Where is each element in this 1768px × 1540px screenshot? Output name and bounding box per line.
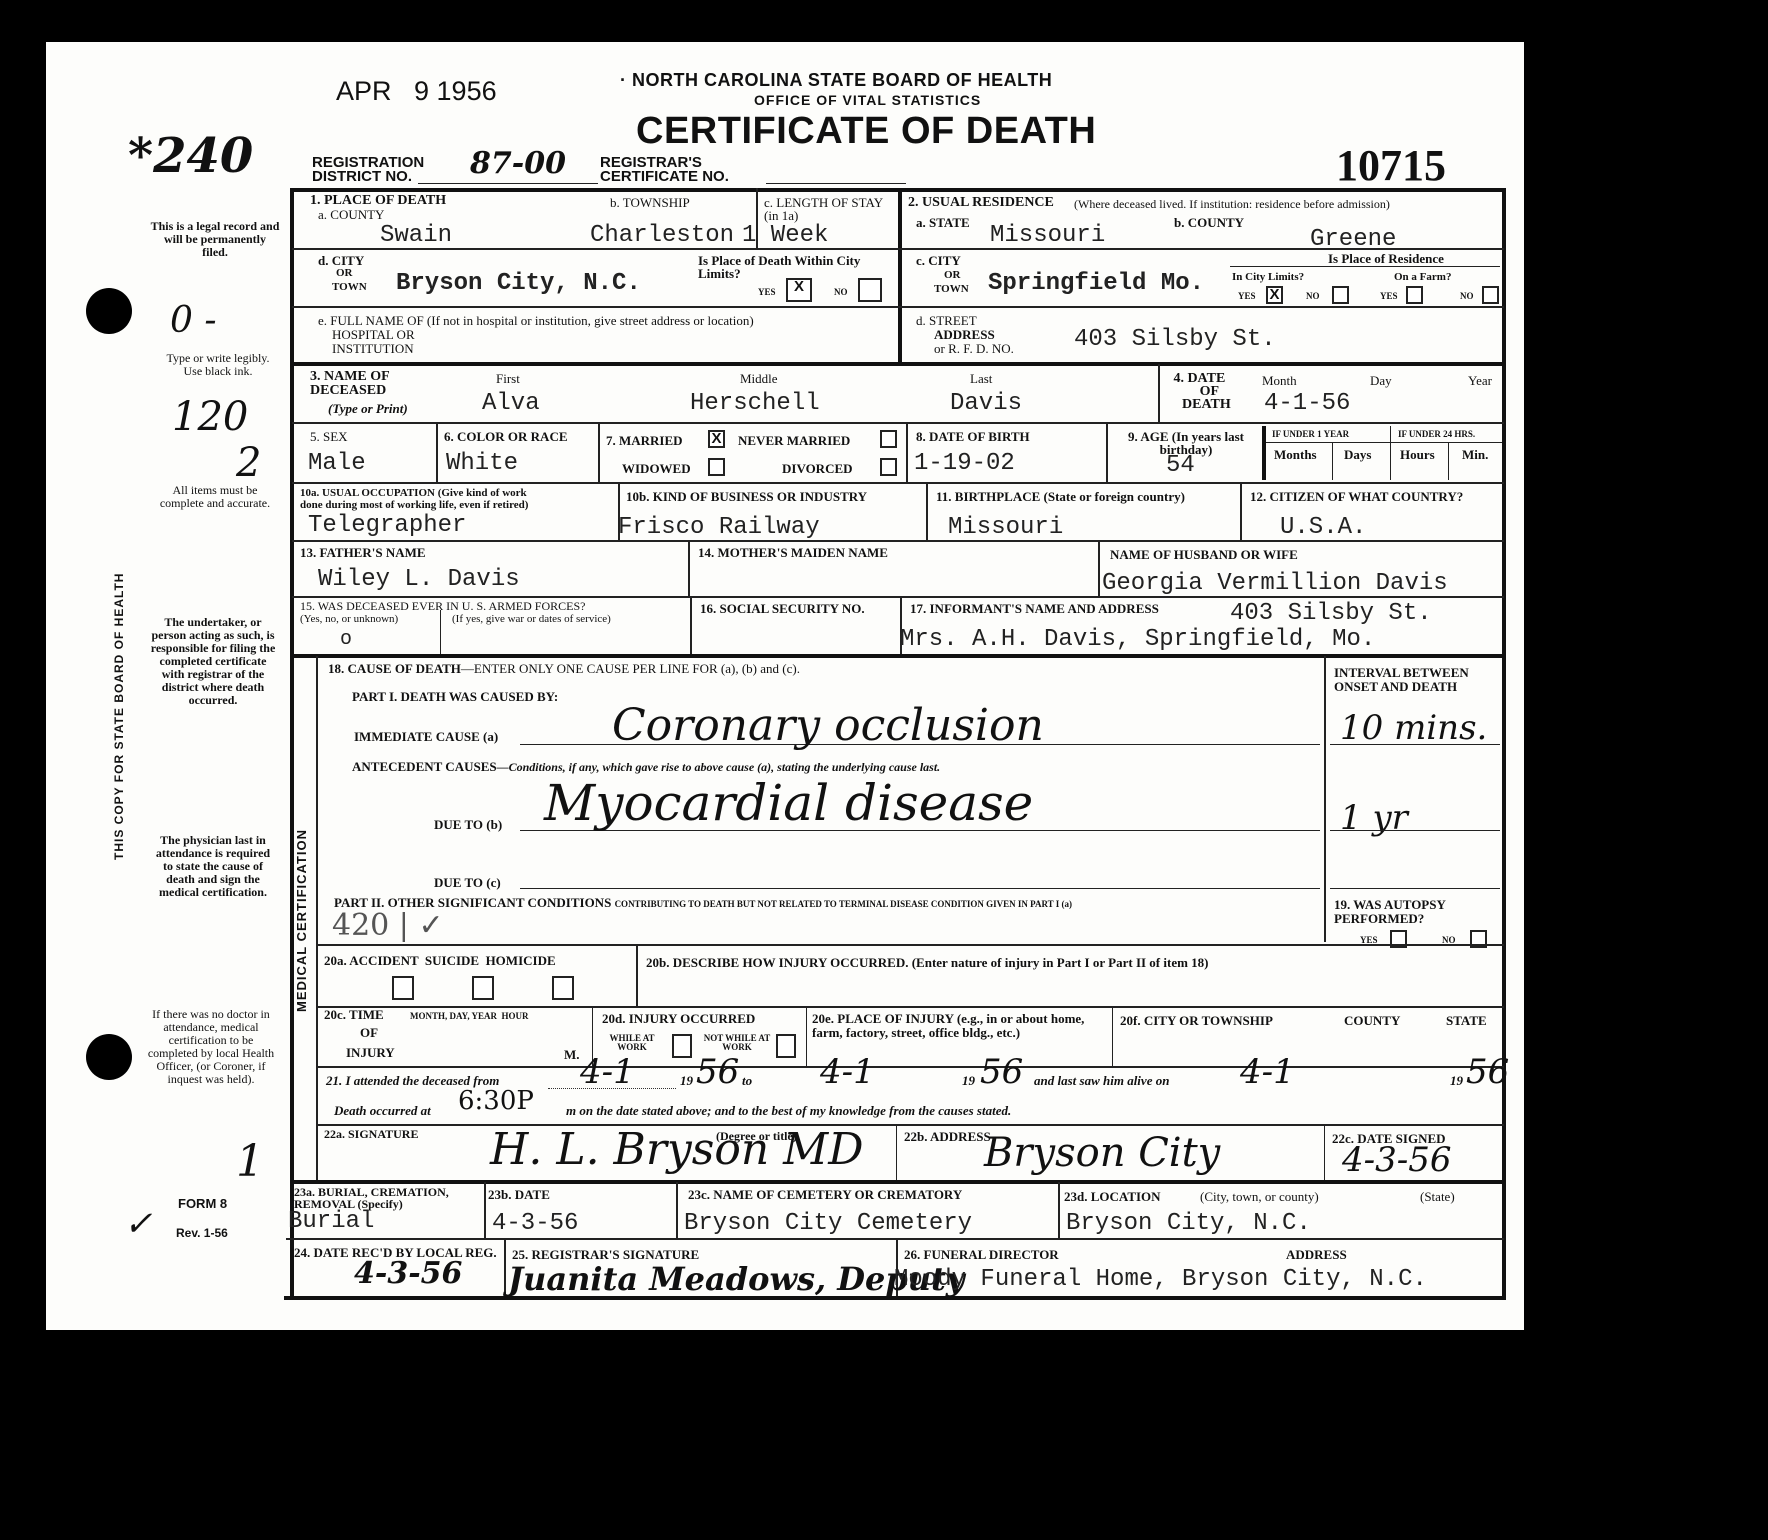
- burial-divider: [484, 1182, 486, 1238]
- first-name-value: Alva: [482, 390, 540, 417]
- registrar-certificate-label: REGISTRAR'S CERTIFICATE NO.: [600, 156, 729, 184]
- row-5-line: [292, 540, 1504, 542]
- name-of-deceased-label: 3. NAME OF DECEASED: [310, 370, 390, 398]
- sex-value: Male: [308, 450, 366, 477]
- burial-location-note: (City, town, or county): [1200, 1190, 1319, 1203]
- antecedent-label-text: ANTECEDENT CAUSES: [352, 759, 497, 774]
- office-name: OFFICE OF VITAL STATISTICS: [754, 92, 981, 108]
- time-of-injury-label-3: INJURY: [346, 1046, 395, 1059]
- attended-to-value: 4-1: [820, 1052, 875, 1092]
- birthplace-divider: [1240, 482, 1242, 540]
- medical-certification-label: MEDICAL CERTIFICATION: [294, 829, 309, 1012]
- cause-of-death-label: 18. CAUSE OF DEATH—ENTER ONLY ONE CAUSE …: [328, 662, 800, 675]
- residence-state-label: a. STATE: [916, 216, 970, 229]
- accident-checkbox[interactable]: [392, 976, 414, 1000]
- row-20a-bottom-line: [316, 1006, 1504, 1008]
- within-limits-yes-checkbox[interactable]: X: [786, 278, 812, 302]
- street-label-3: or R. F. D. NO.: [934, 342, 1014, 355]
- under-age-line: [1266, 442, 1502, 443]
- cemetery-value: Bryson City Cemetery: [684, 1210, 972, 1237]
- row-3-line: [292, 422, 1504, 424]
- street-value: 403 Silsby St.: [1074, 326, 1276, 353]
- mother-label: 14. MOTHER'S MAIDEN NAME: [698, 546, 888, 559]
- form-revision: Rev. 1-56: [176, 1226, 228, 1240]
- middle-name-value: Herschell: [690, 390, 820, 417]
- due-to-b-value: Myocardial disease: [544, 774, 1033, 832]
- due-to-c-label: DUE TO (c): [434, 876, 501, 889]
- days-hours-divider: [1390, 426, 1391, 480]
- burial-state-label: (State): [1420, 1190, 1455, 1203]
- injury-county-label: COUNTY: [1344, 1014, 1400, 1027]
- while-at-work-checkbox[interactable]: [672, 1034, 692, 1058]
- form-left-border: [290, 188, 294, 1298]
- injury-city-township-label: 20f. CITY OR TOWNSHIP: [1120, 1014, 1273, 1027]
- accident-divider: [636, 944, 638, 1006]
- occupation-label-2: done during most of working life, even i…: [300, 500, 528, 511]
- physician-signature: H. L. Bryson MD: [490, 1124, 863, 1175]
- burial-date-label: 23b. DATE: [488, 1188, 550, 1201]
- funeral-address-label: ADDRESS: [1286, 1248, 1347, 1261]
- city-label-1: d. CITY: [318, 254, 364, 267]
- business-label: 10b. KIND OF BUSINESS OR INDUSTRY: [626, 490, 867, 503]
- spouse-value: Georgia Vermillion Davis: [1102, 570, 1448, 597]
- last-saw-value: 4-1: [1240, 1052, 1295, 1092]
- homicide-checkbox[interactable]: [552, 976, 574, 1000]
- marital-divider: [906, 422, 908, 482]
- cause-label-text: 18. CAUSE OF DEATH: [328, 661, 461, 676]
- burial-row-line: [286, 1238, 1504, 1240]
- burial-location-value: Bryson City, N.C.: [1066, 1210, 1311, 1237]
- sex-divider: [436, 422, 438, 482]
- occupation-label-1: 10a. USUAL OCCUPATION (Give kind of work: [300, 488, 527, 499]
- interval-label: INTERVAL BETWEEN ONSET AND DEATH: [1334, 666, 1504, 694]
- sex-label: 5. SEX: [310, 430, 348, 443]
- date-of-birth-label: 8. DATE OF BIRTH: [916, 430, 1030, 443]
- dob-divider: [1106, 422, 1108, 482]
- attended-from-year-prefix: 19: [680, 1074, 693, 1087]
- immediate-cause-value: Coronary occlusion: [612, 700, 1044, 751]
- death-time-value: 6:30P: [458, 1086, 534, 1116]
- certificate-number: 10715: [1336, 140, 1446, 191]
- type-or-print-label: (Type or Print): [328, 402, 408, 415]
- due-to-b-interval-value: 1 yr: [1340, 798, 1408, 838]
- armed-divider: [440, 610, 441, 656]
- hospital-label-2: HOSPITAL OR: [332, 328, 415, 341]
- section-3-top: [292, 362, 1504, 366]
- months-days-divider: [1332, 442, 1333, 480]
- suicide-checkbox[interactable]: [472, 976, 494, 1000]
- never-married-label: NEVER MARRIED: [738, 434, 850, 447]
- name-label-line-1: 3. NAME OF: [310, 370, 390, 384]
- father-value: Wiley L. Davis: [318, 566, 520, 593]
- occupation-value: Telegrapher: [308, 512, 466, 539]
- injury-state-label: STATE: [1446, 1014, 1487, 1027]
- sidebar-hand-mark-4: 1: [236, 1136, 264, 1187]
- part-2-note-text: CONTRIBUTING TO DEATH BUT NOT RELATED TO…: [615, 899, 1072, 909]
- date-of-death-label: 4. DATE OF DEATH: [1168, 372, 1231, 411]
- funeral-director-value: Moody Funeral Home, Bryson City, N.C.: [894, 1266, 1427, 1293]
- first-name-label: First: [496, 372, 520, 385]
- father-label: 13. FATHER'S NAME: [300, 546, 426, 559]
- age-value: 54: [1166, 452, 1195, 479]
- type-legibly-note: Type or write legibly. Use black ink.: [158, 352, 278, 378]
- under-1-year-label: IF UNDER 1 YEAR: [1272, 430, 1349, 439]
- date-of-birth-value: 1-19-02: [914, 450, 1015, 477]
- usual-residence-label: 2. USUAL RESIDENCE: [908, 196, 1054, 209]
- immediate-interval-line: [1330, 744, 1500, 745]
- farm-yes-label: YES: [1380, 292, 1398, 301]
- in-city-yes-checkbox[interactable]: X: [1266, 286, 1283, 304]
- time-columns-label: MONTH, DAY, YEAR HOUR: [410, 1012, 529, 1021]
- physician-address-value: Bryson City: [984, 1130, 1220, 1176]
- physician-address-label: 22b. ADDRESS: [904, 1130, 991, 1143]
- time-m-label: M.: [564, 1048, 580, 1061]
- registrar-label-line-2: CERTIFICATE NO.: [600, 170, 729, 184]
- medical-inner-border: [316, 656, 318, 1180]
- last-name-label: Last: [970, 372, 992, 385]
- married-label: 7. MARRIED: [606, 434, 683, 447]
- due-to-c-interval-line: [1330, 888, 1500, 889]
- middle-name-label: Middle: [740, 372, 778, 385]
- hospital-label-1: e. FULL NAME OF (If not in hospital or i…: [318, 314, 754, 327]
- attended-from-value: 4-1: [580, 1052, 635, 1092]
- citizen-label: 12. CITIZEN OF WHAT COUNTRY?: [1250, 490, 1463, 503]
- while-at-work-label: WHILE AT WORK: [600, 1034, 664, 1052]
- day-label: Day: [1370, 374, 1392, 387]
- county-label: a. COUNTY: [318, 208, 384, 221]
- in-city-no-label: NO: [1306, 292, 1320, 301]
- funeral-director-label: 26. FUNERAL DIRECTOR: [904, 1248, 1059, 1261]
- never-married-checkbox[interactable]: [880, 430, 897, 448]
- due-to-b-interval-line: [1330, 830, 1500, 831]
- last-saw-label: and last saw him alive on: [1034, 1074, 1169, 1087]
- injury-occurred-label: 20d. INJURY OCCURRED: [602, 1012, 755, 1025]
- residence-city-value: Springfield Mo.: [988, 270, 1204, 297]
- city-label-3: TOWN: [332, 282, 367, 293]
- widowed-label: WIDOWED: [622, 462, 691, 475]
- death-occurred-note: m on the date stated above; and to the b…: [566, 1104, 1011, 1117]
- informant-label: 17. INFORMANT'S NAME AND ADDRESS: [910, 602, 1159, 615]
- informant-name-value: Mrs. A.H. Davis, Springfield, Mo.: [900, 626, 1375, 653]
- due-to-c-line: [520, 888, 1320, 889]
- punch-hole-bottom: [86, 1034, 132, 1080]
- cemetery-divider: [1058, 1182, 1060, 1238]
- length-of-stay-label: c. LENGTH OF STAY (in 1a): [764, 196, 894, 222]
- residence-state-value: Missouri: [990, 222, 1105, 249]
- race-label: 6. COLOR OR RACE: [444, 430, 568, 443]
- last-saw-year-prefix: 19: [1450, 1074, 1463, 1087]
- county-value: Swain: [380, 222, 452, 249]
- antecedent-note-text: —Conditions, if any, which gave rise to …: [497, 760, 941, 774]
- medical-section-top: [292, 654, 1504, 658]
- within-limits-no-label: NO: [834, 288, 848, 297]
- informant-address-value: 403 Silsby St.: [1230, 600, 1432, 627]
- residence-city-label-1: c. CITY: [916, 254, 961, 267]
- attended-to-year-prefix: 19: [962, 1074, 975, 1087]
- farm-yes-checkbox[interactable]: [1406, 286, 1423, 304]
- burial-value: Burial: [288, 1208, 374, 1235]
- burial-location-label: 23d. LOCATION: [1064, 1190, 1161, 1203]
- residence-city-label-3: TOWN: [934, 284, 969, 295]
- part-2-label: PART II. OTHER SIGNIFICANT CONDITIONS CO…: [334, 896, 1072, 911]
- months-label: Months: [1274, 448, 1317, 461]
- days-label: Days: [1344, 448, 1371, 461]
- in-city-yes-label: YES: [1238, 292, 1256, 301]
- row-2-line: [292, 306, 1504, 308]
- within-limits-label: Is Place of Death Within City Limits?: [698, 254, 898, 280]
- race-divider: [598, 422, 600, 482]
- cemetery-label: 23c. NAME OF CEMETERY OR CREMATORY: [688, 1188, 962, 1201]
- divorced-label: DIVORCED: [782, 462, 853, 475]
- within-limits-no-checkbox[interactable]: [858, 278, 882, 302]
- divorced-checkbox[interactable]: [880, 458, 897, 476]
- township-label: b. TOWNSHIP: [610, 196, 690, 209]
- signature-divider: [896, 1124, 897, 1180]
- district-underline: [418, 183, 598, 184]
- hours-label: Hours: [1400, 448, 1435, 461]
- city-label-2: OR: [336, 268, 353, 279]
- ssn-label: 16. SOCIAL SECURITY NO.: [700, 602, 865, 615]
- place-injury-divider: [1112, 1006, 1113, 1066]
- within-limits-yes-label: YES: [758, 288, 776, 297]
- married-checkbox[interactable]: X: [708, 430, 725, 448]
- usual-residence-note: (Where deceased lived. If institution: r…: [1074, 198, 1390, 211]
- length-of-stay-value: 1 Week: [742, 222, 828, 249]
- margin-number: *240: [128, 128, 253, 184]
- burial-date-divider: [676, 1182, 678, 1238]
- residence-county-label: b. COUNTY: [1174, 216, 1244, 229]
- to-label: to: [742, 1074, 752, 1087]
- autopsy-label: 19. WAS AUTOPSY PERFORMED?: [1334, 898, 1504, 926]
- residence-city-label-2: OR: [944, 270, 961, 281]
- name-label-line-2: DECEASED: [310, 384, 390, 398]
- attended-to-year-value: 56: [980, 1052, 1023, 1092]
- street-label-2: ADDRESS: [934, 328, 995, 341]
- residence-county-value: Greene: [1310, 226, 1396, 253]
- street-label-1: d. STREET: [916, 314, 977, 327]
- business-value: Frisco Railway: [618, 514, 820, 541]
- registration-label: REGISTRATION DISTRICT NO.: [312, 156, 424, 184]
- state-board-copy-label: THIS COPY FOR STATE BOARD OF HEALTH: [112, 573, 126, 860]
- row-20c-bottom-line: [316, 1066, 1504, 1068]
- sidebar-hand-mark-2: 120: [172, 394, 248, 440]
- time-of-injury-label-1: 20c. TIME: [324, 1008, 384, 1021]
- spouse-label: NAME OF HUSBAND OR WIFE: [1110, 548, 1298, 561]
- place-of-death-label: 1. PLACE OF DEATH: [310, 194, 446, 207]
- last-saw-year-value: 56: [1466, 1052, 1509, 1092]
- under-24-hrs-label: IF UNDER 24 HRS.: [1398, 430, 1475, 439]
- armed-yes-no-label: (Yes, no, or unknown): [300, 614, 398, 625]
- armed-service-label: (If yes, give war or dates of service): [452, 614, 611, 625]
- form-right-border: [1502, 188, 1506, 1298]
- farm-no-checkbox[interactable]: [1482, 286, 1499, 304]
- death-occurred-label: Death occurred at: [334, 1104, 431, 1117]
- date-of-death-divider: [1158, 364, 1160, 422]
- burial-date-value: 4-3-56: [492, 1210, 578, 1237]
- signature-label: 22a. SIGNATURE: [324, 1128, 418, 1141]
- recd-divider: [504, 1240, 506, 1296]
- immediate-cause-label: IMMEDIATE CAUSE (a): [354, 730, 498, 743]
- month-label: Month: [1262, 374, 1297, 387]
- mother-divider: [1098, 540, 1100, 596]
- no-doctor-note: If there was no doctor in attendance, me…: [146, 1008, 276, 1086]
- township-value: Charleston: [590, 222, 734, 249]
- undertaker-note: The undertaker, or person acting as such…: [150, 616, 276, 707]
- burial-label: 23a. BURIAL, CREMATION, REMOVAL (Specify…: [294, 1186, 480, 1210]
- injury-description-label: 20b. DESCRIBE HOW INJURY OCCURRED. (Ente…: [646, 956, 1209, 969]
- sidebar-hand-mark-1: 0 -: [170, 300, 217, 341]
- dod-label-line-3: DEATH: [1168, 398, 1231, 411]
- agency-name: · NORTH CAROLINA STATE BOARD OF HEALTH: [620, 70, 1052, 91]
- legal-record-note: This is a legal record and will be perma…: [150, 220, 280, 259]
- residence-limits-underline: [1230, 266, 1500, 267]
- city-value: Bryson City, N.C.: [396, 270, 641, 297]
- residence-divider: [898, 188, 902, 364]
- armed-forces-label: 15. WAS DECEASED EVER IN U. S. ARMED FOR…: [300, 600, 585, 613]
- row-6-line: [292, 596, 1504, 598]
- due-to-b-label: DUE TO (b): [434, 818, 502, 831]
- form-number: FORM 8: [178, 1196, 227, 1211]
- not-while-at-work-checkbox[interactable]: [776, 1034, 796, 1058]
- row-4-line: [292, 482, 1504, 484]
- antecedent-causes-label: ANTECEDENT CAUSES—Conditions, if any, wh…: [352, 760, 940, 774]
- father-divider: [688, 540, 690, 596]
- complete-accurate-note: All items must be complete and accurate.: [150, 484, 280, 510]
- citizen-value: U.S.A.: [1280, 514, 1366, 541]
- in-city-no-checkbox[interactable]: [1332, 286, 1349, 304]
- hospital-label-3: INSTITUTION: [332, 342, 414, 355]
- burial-section-top: [292, 1180, 1504, 1184]
- business-divider: [926, 482, 928, 540]
- date-signed-value: 4-3-56: [1342, 1140, 1452, 1180]
- last-name-value: Davis: [950, 390, 1022, 417]
- sidebar-check-mark: ✓: [124, 1204, 153, 1244]
- race-value: White: [446, 450, 518, 477]
- min-label: Min.: [1462, 448, 1488, 461]
- district-number: 87-00: [470, 146, 566, 181]
- attended-from-year-value: 56: [696, 1052, 739, 1092]
- address-divider: [1324, 1124, 1325, 1180]
- widowed-checkbox[interactable]: [708, 458, 725, 476]
- part-1-label: PART I. DEATH WAS CAUSED BY:: [352, 690, 558, 703]
- place-of-injury-label: 20e. PLACE OF INJURY (e.g., in or about …: [812, 1012, 1108, 1040]
- cause-note-text: —ENTER ONLY ONE CAUSE PER LINE FOR (a), …: [461, 661, 800, 676]
- birthplace-value: Missouri: [948, 514, 1063, 541]
- registration-label-line-2: DISTRICT NO.: [312, 170, 424, 184]
- injury-occurred-divider: [806, 1006, 807, 1066]
- punch-hole-top: [86, 288, 132, 334]
- date-of-death-value: 4-1-56: [1264, 390, 1350, 417]
- birthplace-label: 11. BIRTHPLACE (State or foreign country…: [936, 490, 1185, 503]
- not-while-at-work-label: NOT WHILE AT WORK: [700, 1034, 774, 1052]
- date-received-value: 4-3-56: [354, 1256, 462, 1291]
- year-label: Year: [1468, 374, 1492, 387]
- sidebar-hand-mark-3: 2: [236, 440, 261, 486]
- certificate-underline: [766, 183, 906, 184]
- accident-label: 20a. ACCIDENT SUICIDE HOMICIDE: [324, 954, 556, 967]
- is-place-of-residence-label: Is Place of Residence: [1328, 252, 1444, 265]
- physician-note: The physician last in attendance is requ…: [150, 834, 276, 899]
- hours-min-divider: [1448, 442, 1449, 480]
- part-2-bottom-line: [316, 944, 1504, 946]
- armed-service-divider: [690, 596, 692, 656]
- document-title: CERTIFICATE OF DEATH: [636, 110, 1096, 153]
- received-date-stamp: APR 9 1956: [336, 76, 497, 107]
- immediate-interval-value: 10 mins.: [1340, 708, 1487, 748]
- interval-divider: [1324, 656, 1326, 942]
- part-2-code-value: 420 | ✓: [332, 908, 444, 943]
- in-city-limits-label: In City Limits?: [1232, 272, 1304, 283]
- age-divider: [1262, 426, 1266, 480]
- time-of-injury-label-2: OF: [360, 1026, 378, 1039]
- armed-forces-value: o: [340, 628, 352, 651]
- farm-no-label: NO: [1460, 292, 1474, 301]
- on-farm-label: On a Farm?: [1394, 272, 1451, 283]
